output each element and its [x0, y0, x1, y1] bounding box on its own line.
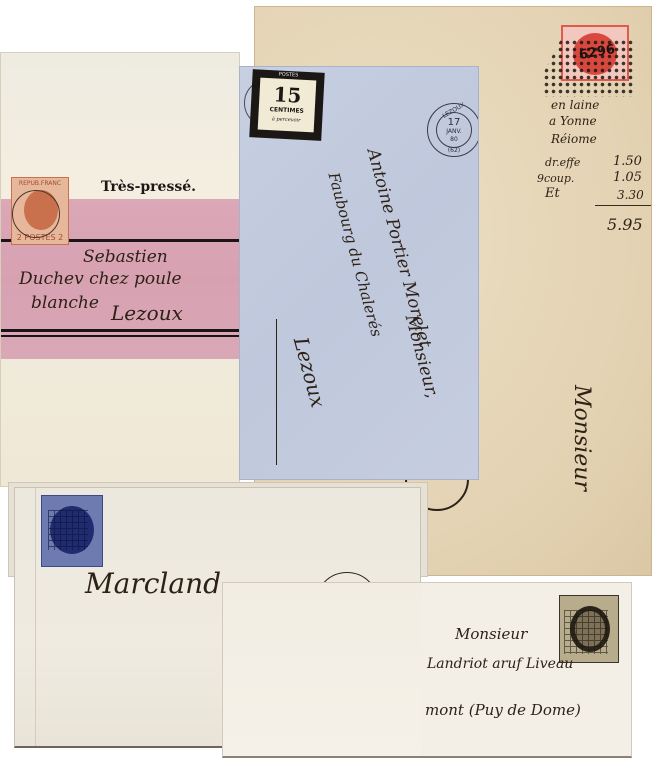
note-line: en laine — [551, 99, 599, 111]
lezoux-postmark: LEZOUX 17 JANV. 80 (62) — [427, 103, 479, 157]
note-line: Réiome — [551, 133, 597, 145]
newspaper-wrapper: Très-pressé. Sebastien Duchev chez poule… — [0, 52, 240, 487]
sum-line — [595, 205, 652, 206]
address-line: Duchev chez poule — [19, 271, 182, 288]
address-line: Lezoux — [111, 303, 183, 323]
stamp-postmark — [12, 190, 60, 238]
address-line: Sebastien — [83, 249, 168, 266]
note-line: dr.effe — [545, 157, 580, 168]
grille-cancel — [564, 610, 608, 654]
postmark-dept: (62) — [428, 148, 479, 154]
note-line: a Yonne — [549, 115, 597, 127]
amount: 1.05 — [613, 171, 642, 184]
note-line: Et — [545, 187, 560, 200]
postage-due-stamp: POSTES 15 CENTIMES à percevoir — [249, 69, 324, 141]
dotted-cancel — [543, 39, 633, 97]
black-ceres-stamp — [559, 595, 619, 663]
address-line: Monsieur — [455, 627, 527, 642]
address-line: blanche — [31, 295, 99, 312]
postmark-year: 80 — [428, 137, 479, 143]
postmark-month: JANV. — [428, 129, 479, 135]
blue-ceres-stamp — [41, 495, 103, 567]
black-ceres-letter-visible: Monsieur Landriot aruf Liveau mont (Puy … — [421, 582, 632, 758]
address-line: Marcland — [85, 570, 221, 598]
blue-letter: POSTES 15 CENTIMES à percevoir LEZOUX 17… — [239, 66, 479, 480]
address-line: mont (Puy de Dome) — [425, 703, 581, 718]
rule-line — [1, 329, 240, 332]
underline — [276, 319, 277, 465]
address-salutation: Monsieur — [570, 385, 592, 491]
note-line: 9coup. — [537, 173, 574, 184]
amount-total: 5.95 — [607, 217, 643, 233]
amount: 3.30 — [617, 189, 644, 201]
address-line: Lezoux — [291, 335, 329, 410]
red-brown-stamp: REPUB.FRANC 2 POSTES 2 — [11, 177, 69, 245]
stamp-top-text: REPUB.FRANC — [12, 180, 68, 187]
header-text: Très-pressé. — [101, 179, 196, 195]
postmark-day: 17 — [428, 118, 479, 128]
address-line: Landriot aruf Liveau — [427, 657, 573, 671]
rule-line — [1, 335, 240, 337]
amount: 1.50 — [613, 155, 642, 168]
grille-cancel — [48, 510, 88, 550]
fold-line — [35, 488, 36, 746]
